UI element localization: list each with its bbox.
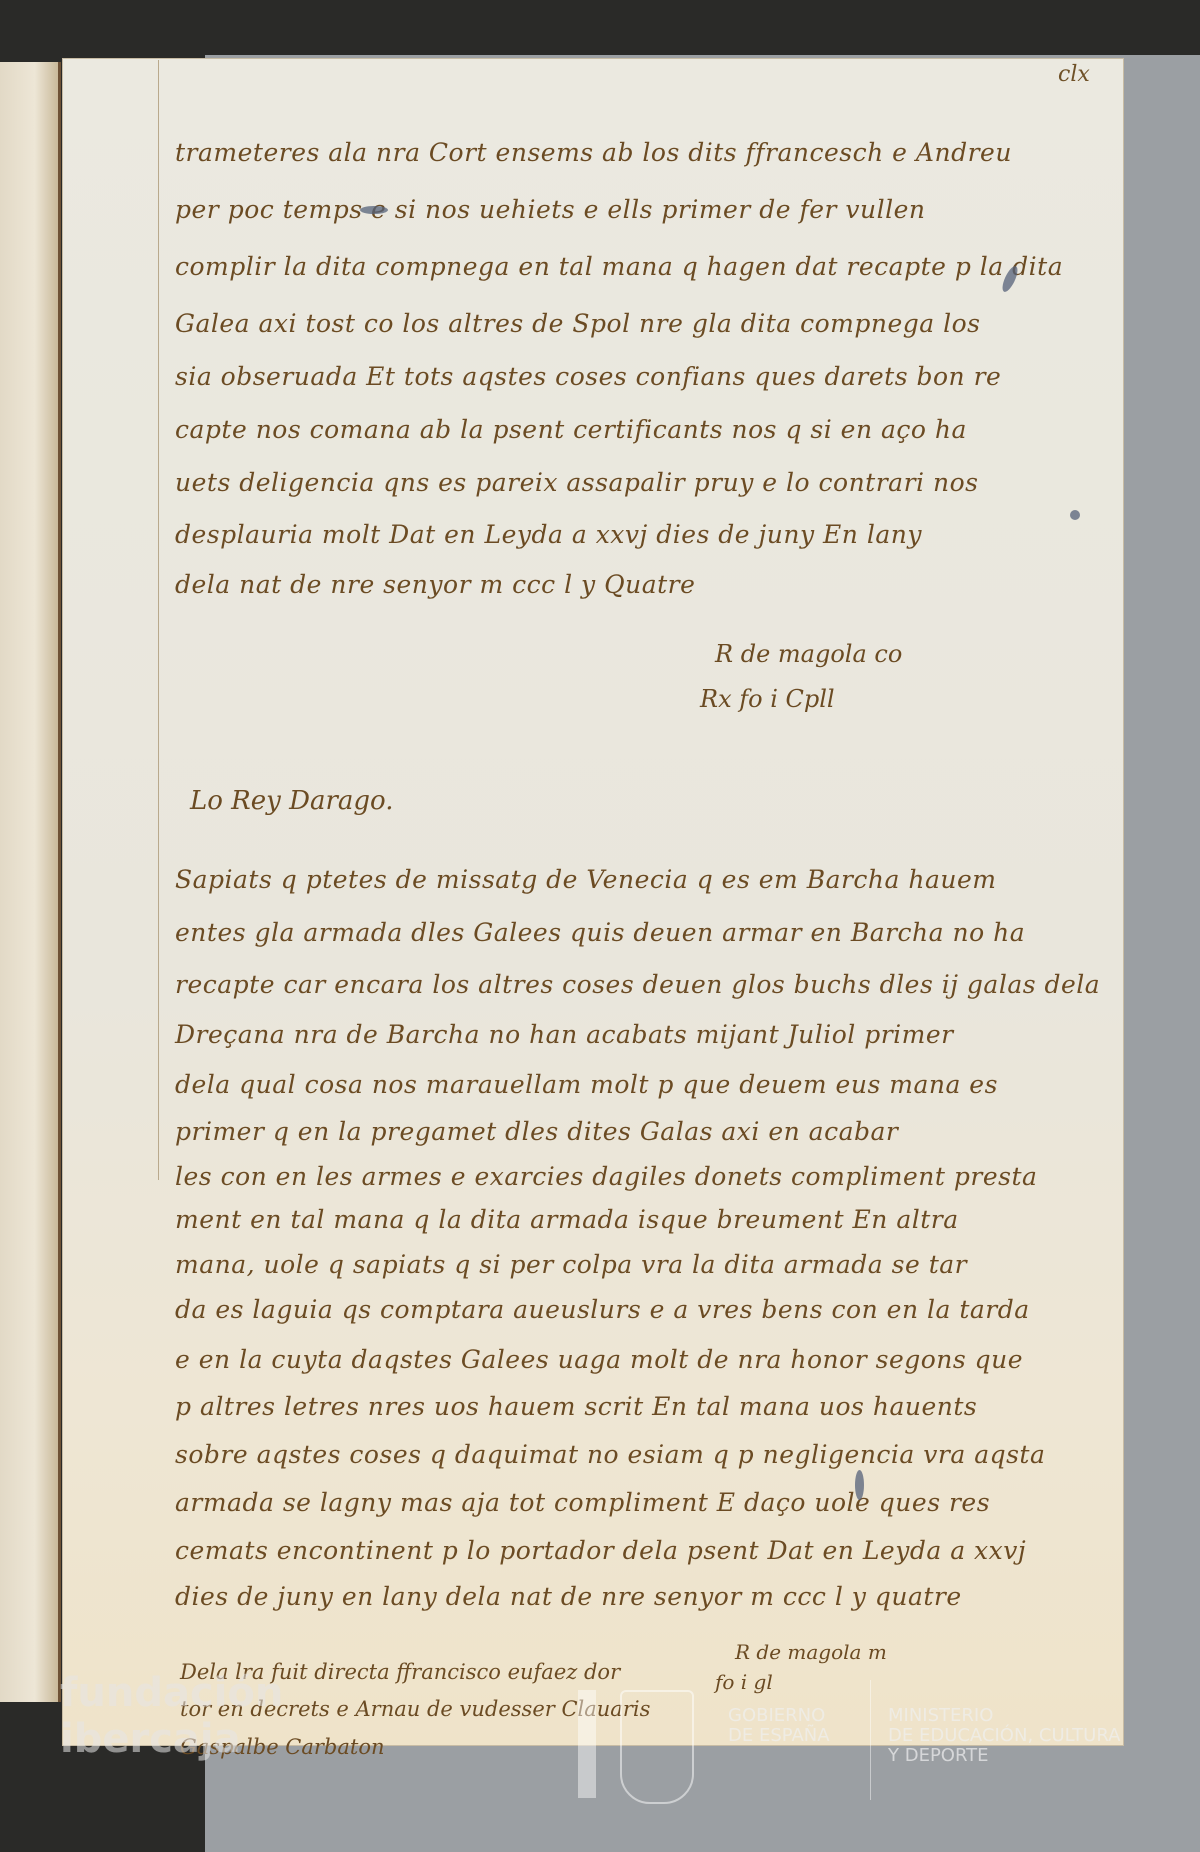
text-line: e en la cuyta daqstes Galees uaga molt d…: [175, 1345, 1023, 1374]
text-line: entes gla armada dles Galees quis deuen …: [175, 918, 1025, 947]
text-line: da es laguia qs comptara aueuslurs e a v…: [175, 1295, 1030, 1324]
watermark-text: DE ESPAÑA: [728, 1726, 830, 1746]
watermark-text: GOBIERNO: [728, 1706, 830, 1726]
text-line: sia obseruada Et tots aqstes coses confi…: [175, 362, 1001, 391]
text-line: desplauria molt Dat en Leyda a xxvj dies…: [175, 520, 922, 549]
ink-blot: [360, 206, 388, 214]
signature-line: Rx fo i Cpll: [700, 685, 835, 713]
ministerio-watermark: MINISTERIO DE EDUCACIÓN, CULTURA Y DEPOR…: [888, 1706, 1120, 1766]
watermark-text: MINISTERIO: [888, 1706, 1120, 1726]
text-line: ment en tal mana q la dita armada isque …: [175, 1205, 959, 1234]
text-line: capte nos comana ab la psent certificant…: [175, 415, 967, 444]
watermark-text: Y DEPORTE: [888, 1746, 1120, 1766]
text-line: armada se lagny mas aja tot compliment E…: [175, 1488, 990, 1517]
text-line: cemats encontinent p lo portador dela ps…: [175, 1536, 1026, 1565]
text-line: primer q en la pregamet dles dites Galas…: [175, 1117, 898, 1146]
text-line: Galea axi tost co los altres de Spol nre…: [175, 309, 980, 338]
fundacion-ibercaja-watermark: fundación ibercaja: [60, 1670, 283, 1762]
text-line: dies de juny en lany dela nat de nre sen…: [175, 1582, 962, 1611]
text-line: trameteres ala nra Cort ensems ab los di…: [175, 138, 1012, 167]
watermark-text: ibercaja: [60, 1716, 283, 1762]
text-line: complir la dita compnega en tal mana q h…: [175, 252, 1063, 281]
ink-blot: [1070, 510, 1080, 520]
text-line: p altres letres nres uos hauem scrit En …: [175, 1392, 977, 1421]
signature-line: R de magola co: [715, 640, 902, 668]
signature-line: R de magola m: [735, 1640, 887, 1664]
watermark-text: fundación: [60, 1670, 283, 1716]
text-line: mana, uole q sapiats q si per colpa vra …: [175, 1250, 967, 1279]
folio-number: clx: [1058, 62, 1090, 87]
text-line: per poc temps e si nos uehiets e ells pr…: [175, 195, 926, 224]
text-line: dela qual cosa nos marauellam molt p que…: [175, 1070, 998, 1099]
watermark-text: DE EDUCACIÓN, CULTURA: [888, 1726, 1120, 1746]
text-line: Dreçana nra de Barcha no han acabats mij…: [175, 1020, 954, 1049]
gobierno-watermark: GOBIERNO DE ESPAÑA: [728, 1706, 830, 1746]
text-line: Sapiats q ptetes de missatg de Venecia q…: [175, 865, 996, 894]
text-line: recapte car encara los altres coses deue…: [175, 970, 1100, 999]
letter-heading: Lo Rey Darago.: [190, 786, 393, 816]
signature-line: fo i gl: [715, 1670, 773, 1694]
ink-blot: [855, 1470, 864, 1500]
text-line: sobre aqstes coses q daquimat no esiam q…: [175, 1440, 1045, 1469]
facing-page-edge: [0, 62, 61, 1702]
text-line: dela nat de nre senyor m ccc l y Quatre: [175, 570, 695, 599]
watermark-bar: [578, 1690, 596, 1798]
text-line: les con en les armes e exarcies dagiles …: [175, 1162, 1037, 1191]
coat-of-arms-icon: [620, 1690, 694, 1804]
watermark-divider: [870, 1680, 871, 1800]
text-line: uets deligencia qns es pareix assapalir …: [175, 468, 978, 497]
margin-ruling: [158, 60, 159, 1180]
